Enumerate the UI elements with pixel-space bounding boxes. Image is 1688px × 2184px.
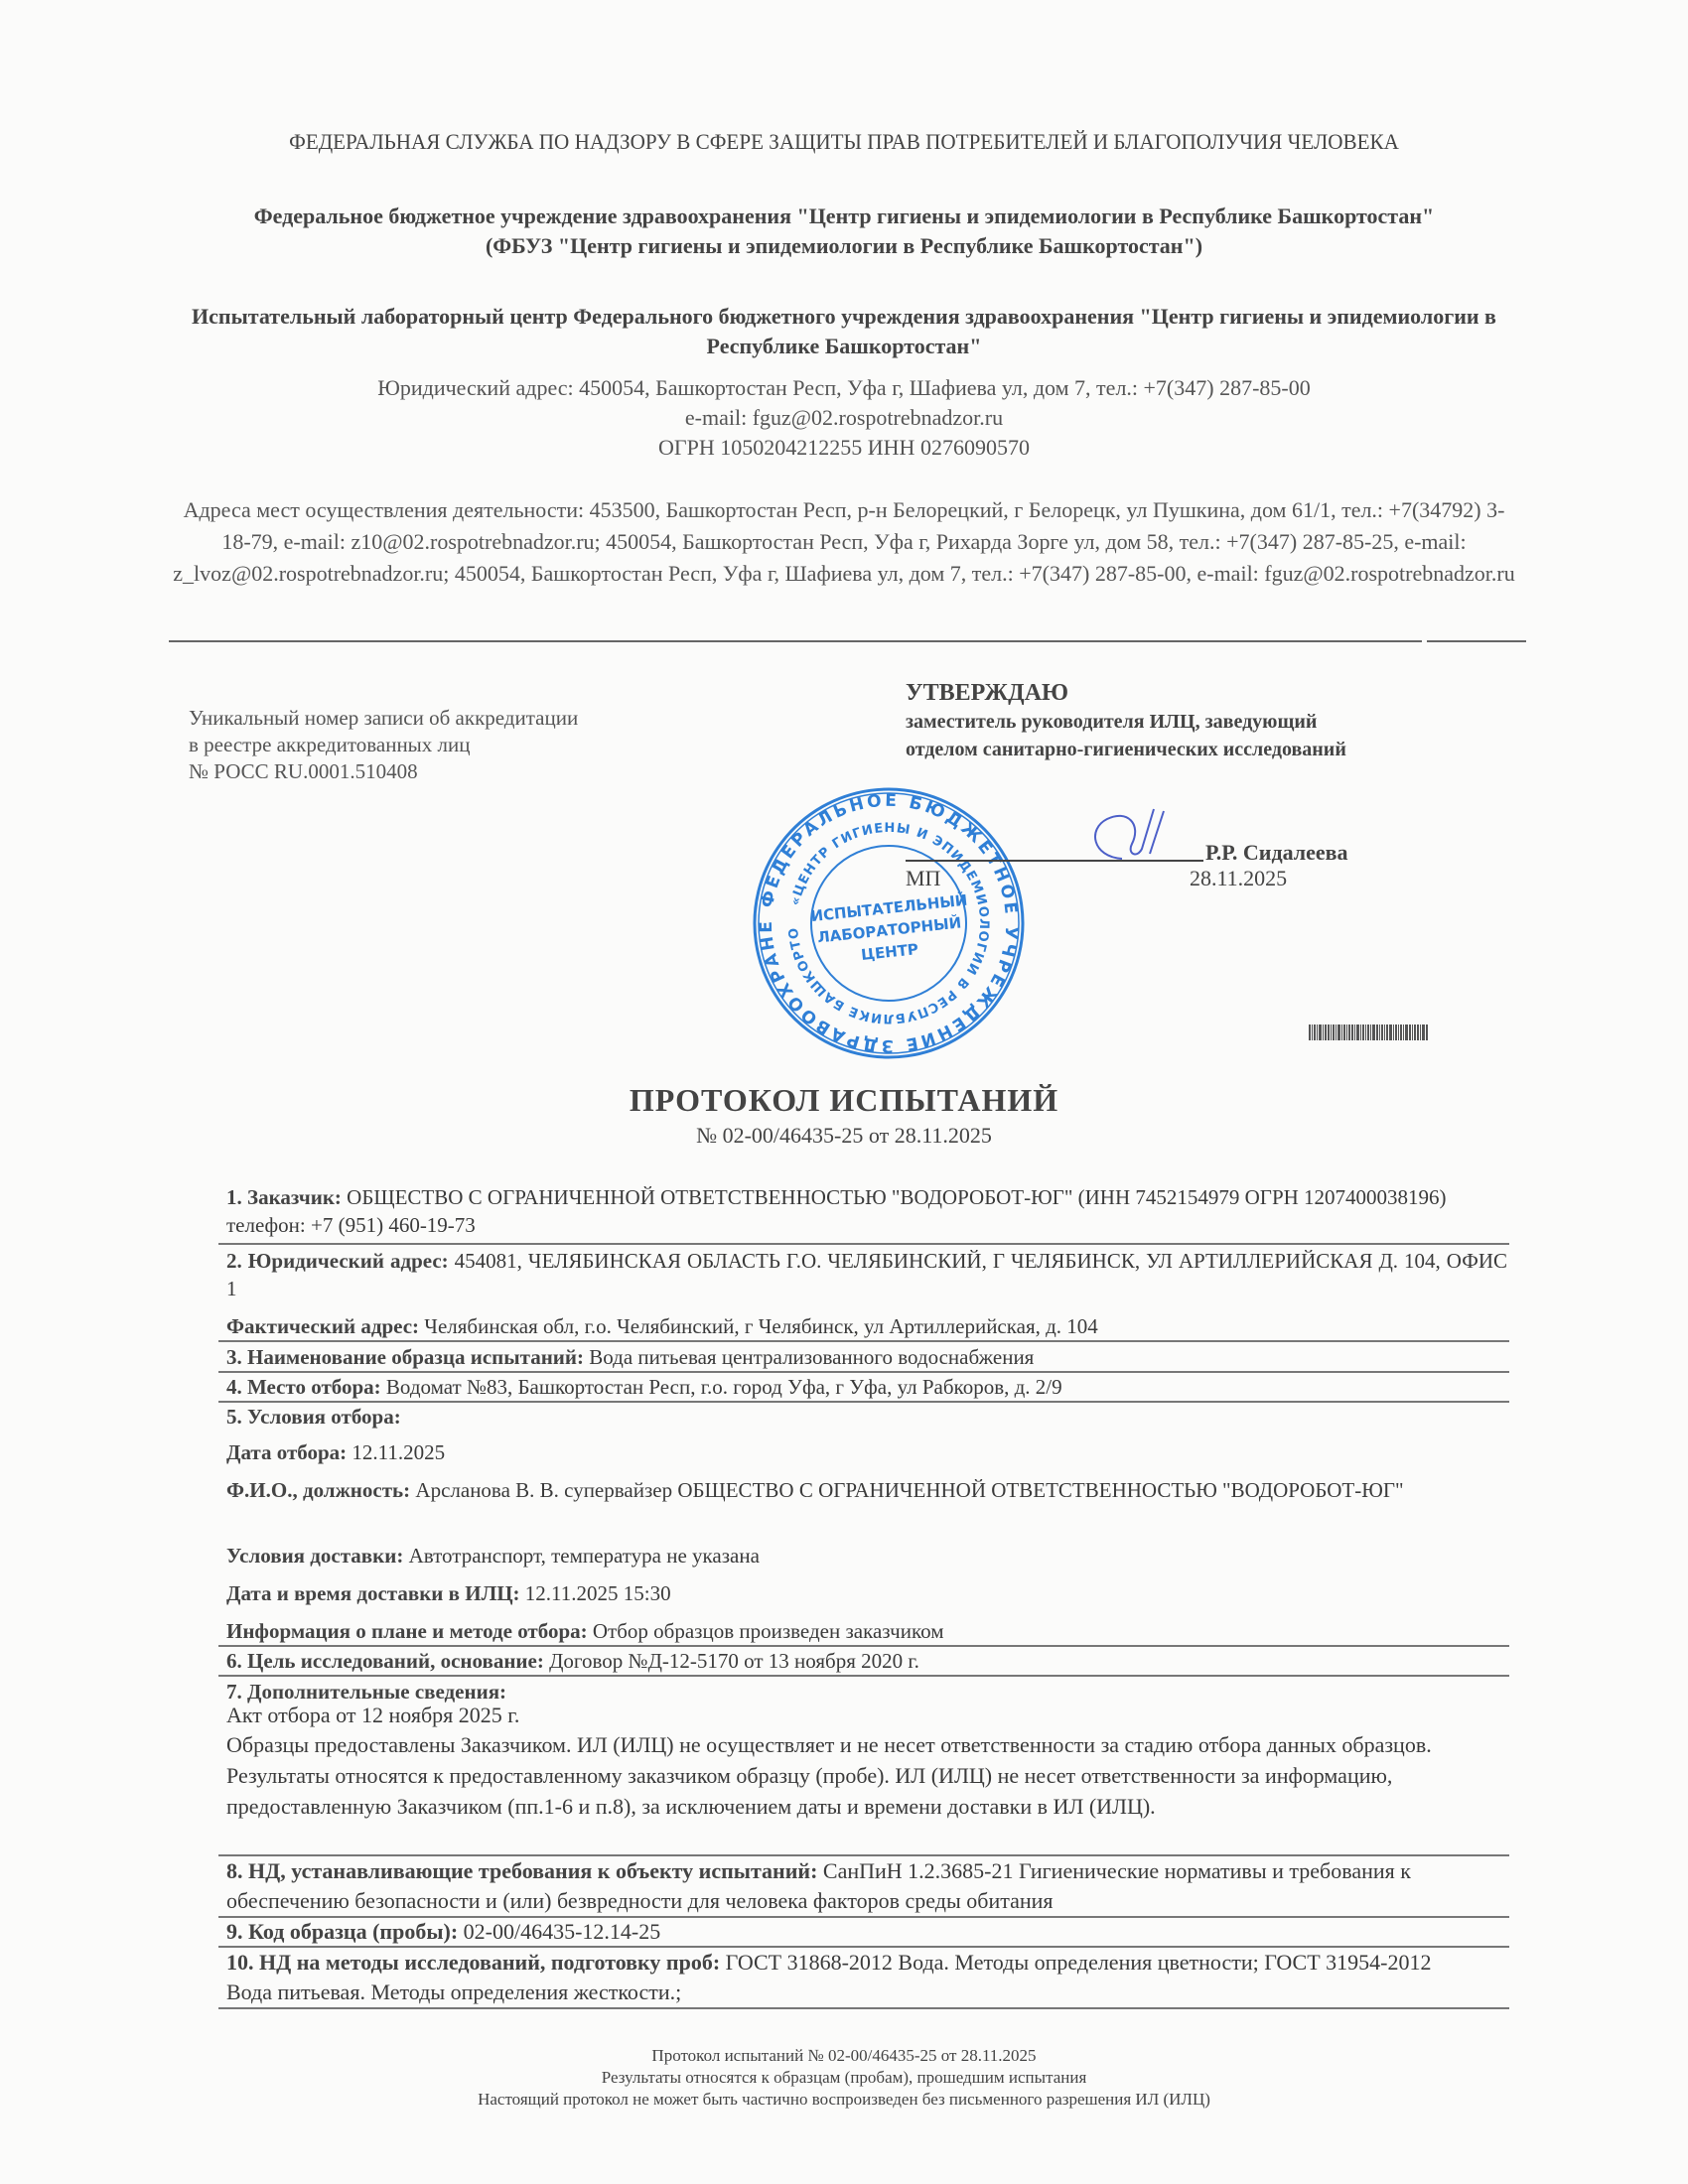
field-label: 2. Юридический адрес: [226, 1249, 449, 1273]
ogrn-inn: ОГРН 1050204212255 ИНН 0276090570 [169, 433, 1519, 463]
approver-position: заместитель руководителя ИЛЦ, заведующий [906, 708, 1346, 736]
field-label: 8. НД, устанавливающие требования к объе… [226, 1858, 817, 1883]
field-divider [218, 1340, 1509, 1342]
field-sampling-date: Дата отбора: 12.11.2025 [226, 1438, 1507, 1466]
field-purpose: 6. Цель исследований, основание: Договор… [226, 1647, 1507, 1675]
official-stamp-icon: ФЕДЕРАЛЬНОЕ БЮДЖЕТНОЕ УЧРЕЖДЕНИЕ ЗДРАВОО… [740, 784, 1038, 1062]
header-divider [169, 640, 1422, 642]
field-value: Договор №Д-12-5170 от 13 ноября 2020 г. [544, 1649, 919, 1673]
field-label: 3. Наименование образца испытаний: [226, 1345, 584, 1369]
field-value: Отбор образцов произведен заказчиком [588, 1619, 944, 1643]
seal-placeholder-label: МП [906, 866, 940, 891]
field-actual-address: Фактический адрес: Челябинская обл, г.о.… [226, 1312, 1507, 1340]
field-customer: 1. Заказчик: ОБЩЕСТВО С ОГРАНИЧЕННОЙ ОТВ… [226, 1183, 1507, 1239]
field-legal-address: 2. Юридический адрес: 454081, ЧЕЛЯБИНСКА… [226, 1247, 1507, 1302]
agency-name: ФЕДЕРАЛЬНАЯ СЛУЖБА ПО НАДЗОРУ В СФЕРЕ ЗА… [196, 127, 1492, 157]
field-label: 5. Условия отбора: [226, 1405, 401, 1429]
signature-icon [1082, 799, 1201, 869]
signer-name: Р.Р. Сидалеева [1205, 840, 1348, 866]
signature-line [906, 860, 1203, 862]
accreditation-line: в реестре аккредитованных лиц [189, 732, 578, 758]
field-disclaimer: Образцы предоставлены Заказчиком. ИЛ (ИЛ… [226, 1729, 1497, 1822]
institution-short: (ФБУЗ "Центр гигиены и эпидемиологии в Р… [169, 231, 1519, 261]
field-label: 9. Код образца (пробы): [226, 1919, 458, 1944]
field-sampler: Ф.И.О., должность: Арсланова В. В. супер… [226, 1476, 1507, 1504]
footer-protocol-ref: Протокол испытаний № 02-00/46435-25 от 2… [298, 2045, 1390, 2067]
field-sampling-plan: Информация о плане и методе отбора: Отбо… [226, 1617, 1507, 1645]
field-requirements: 8. НД, устанавливающие требования к объе… [226, 1856, 1497, 1916]
field-value: ОБЩЕСТВО С ОГРАНИЧЕННОЙ ОТВЕТСТВЕННОСТЬЮ… [226, 1185, 1447, 1237]
field-label: Ф.И.О., должность: [226, 1478, 410, 1502]
field-test-methods: 10. НД на методы исследований, подготовк… [226, 1948, 1477, 2007]
institution-full: Федеральное бюджетное учреждение здравоо… [169, 202, 1519, 231]
field-value: 12.11.2025 [347, 1440, 445, 1464]
field-sampling-conditions: 5. Условия отбора: [226, 1403, 1507, 1431]
svg-text:ЦЕНТР: ЦЕНТР [860, 940, 919, 964]
field-label: Фактический адрес: [226, 1314, 419, 1338]
field-value: Водомат №83, Башкортостан Респ, г.о. гор… [381, 1375, 1062, 1399]
approval-date: 28.11.2025 [1190, 866, 1287, 891]
field-sample-name: 3. Наименование образца испытаний: Вода … [226, 1343, 1507, 1371]
accreditation-line: Уникальный номер записи об аккредитации [189, 705, 578, 732]
institution-name: Федеральное бюджетное учреждение здравоо… [169, 202, 1519, 261]
field-delivery-conditions: Условия доставки: Автотранспорт, темпера… [226, 1542, 1507, 1570]
field-label: 10. НД на методы исследований, подготовк… [226, 1950, 720, 1975]
footer-reproduction-note: Настоящий протокол не может быть частичн… [298, 2089, 1390, 2111]
lab-name: Испытательный лабораторный центр Федерал… [169, 302, 1519, 361]
activity-addresses: Адреса мест осуществления деятельности: … [169, 494, 1519, 590]
barcode-icon [1309, 1024, 1481, 1040]
field-label: 7. Дополнительные сведения: [226, 1680, 506, 1704]
field-sample-code: 9. Код образца (пробы): 02-00/46435-12.1… [226, 1918, 1507, 1946]
approval-block: УТВЕРЖДАЮ заместитель руководителя ИЛЦ, … [906, 678, 1346, 763]
accreditation-block: Уникальный номер записи об аккредитации … [189, 705, 578, 785]
field-divider [218, 1243, 1509, 1245]
footer-results-note: Результаты относятся к образцам (пробам)… [298, 2067, 1390, 2089]
legal-address-block: Юридический адрес: 450054, Башкортостан … [169, 373, 1519, 463]
field-label: Условия доставки: [226, 1544, 403, 1568]
field-value: Челябинская обл, г.о. Челябинский, г Чел… [419, 1314, 1098, 1338]
field-label: Дата отбора: [226, 1440, 347, 1464]
field-delivery-datetime: Дата и время доставки в ИЛЦ: 12.11.2025 … [226, 1579, 1507, 1607]
field-label: 6. Цель исследований, основание: [226, 1649, 544, 1673]
approval-title: УТВЕРЖДАЮ [906, 678, 1346, 708]
footer: Протокол испытаний № 02-00/46435-25 от 2… [298, 2045, 1390, 2111]
field-sampling-act: Акт отбора от 12 ноября 2025 г. [226, 1702, 1507, 1729]
field-label: 1. Заказчик: [226, 1185, 342, 1209]
approver-department: отделом санитарно-гигиенических исследов… [906, 736, 1346, 763]
header-divider-tail [1427, 640, 1526, 642]
field-value: Автотранспорт, температура не указана [403, 1544, 760, 1568]
field-divider [218, 1675, 1509, 1677]
field-divider [218, 2007, 1509, 2009]
protocol-number: № 02-00/46435-25 от 28.11.2025 [397, 1123, 1291, 1149]
field-value: Вода питьевая централизованного водоснаб… [584, 1345, 1034, 1369]
legal-address: Юридический адрес: 450054, Башкортостан … [169, 373, 1519, 403]
field-value: Арсланова В. В. супервайзер ОБЩЕСТВО С О… [410, 1478, 1403, 1502]
document-title: ПРОТОКОЛ ИСПЫТАНИЙ [397, 1082, 1291, 1119]
field-value: 02-00/46435-12.14-25 [458, 1919, 660, 1944]
field-label: Дата и время доставки в ИЛЦ: [226, 1581, 520, 1605]
field-sampling-place: 4. Место отбора: Водомат №83, Башкортост… [226, 1373, 1507, 1401]
field-label: 4. Место отбора: [226, 1375, 381, 1399]
accreditation-number: № РОСС RU.0001.510408 [189, 758, 578, 785]
email: e-mail: fguz@02.rospotrebnadzor.ru [169, 403, 1519, 433]
field-label: Информация о плане и методе отбора: [226, 1619, 588, 1643]
field-value: 12.11.2025 15:30 [520, 1581, 671, 1605]
